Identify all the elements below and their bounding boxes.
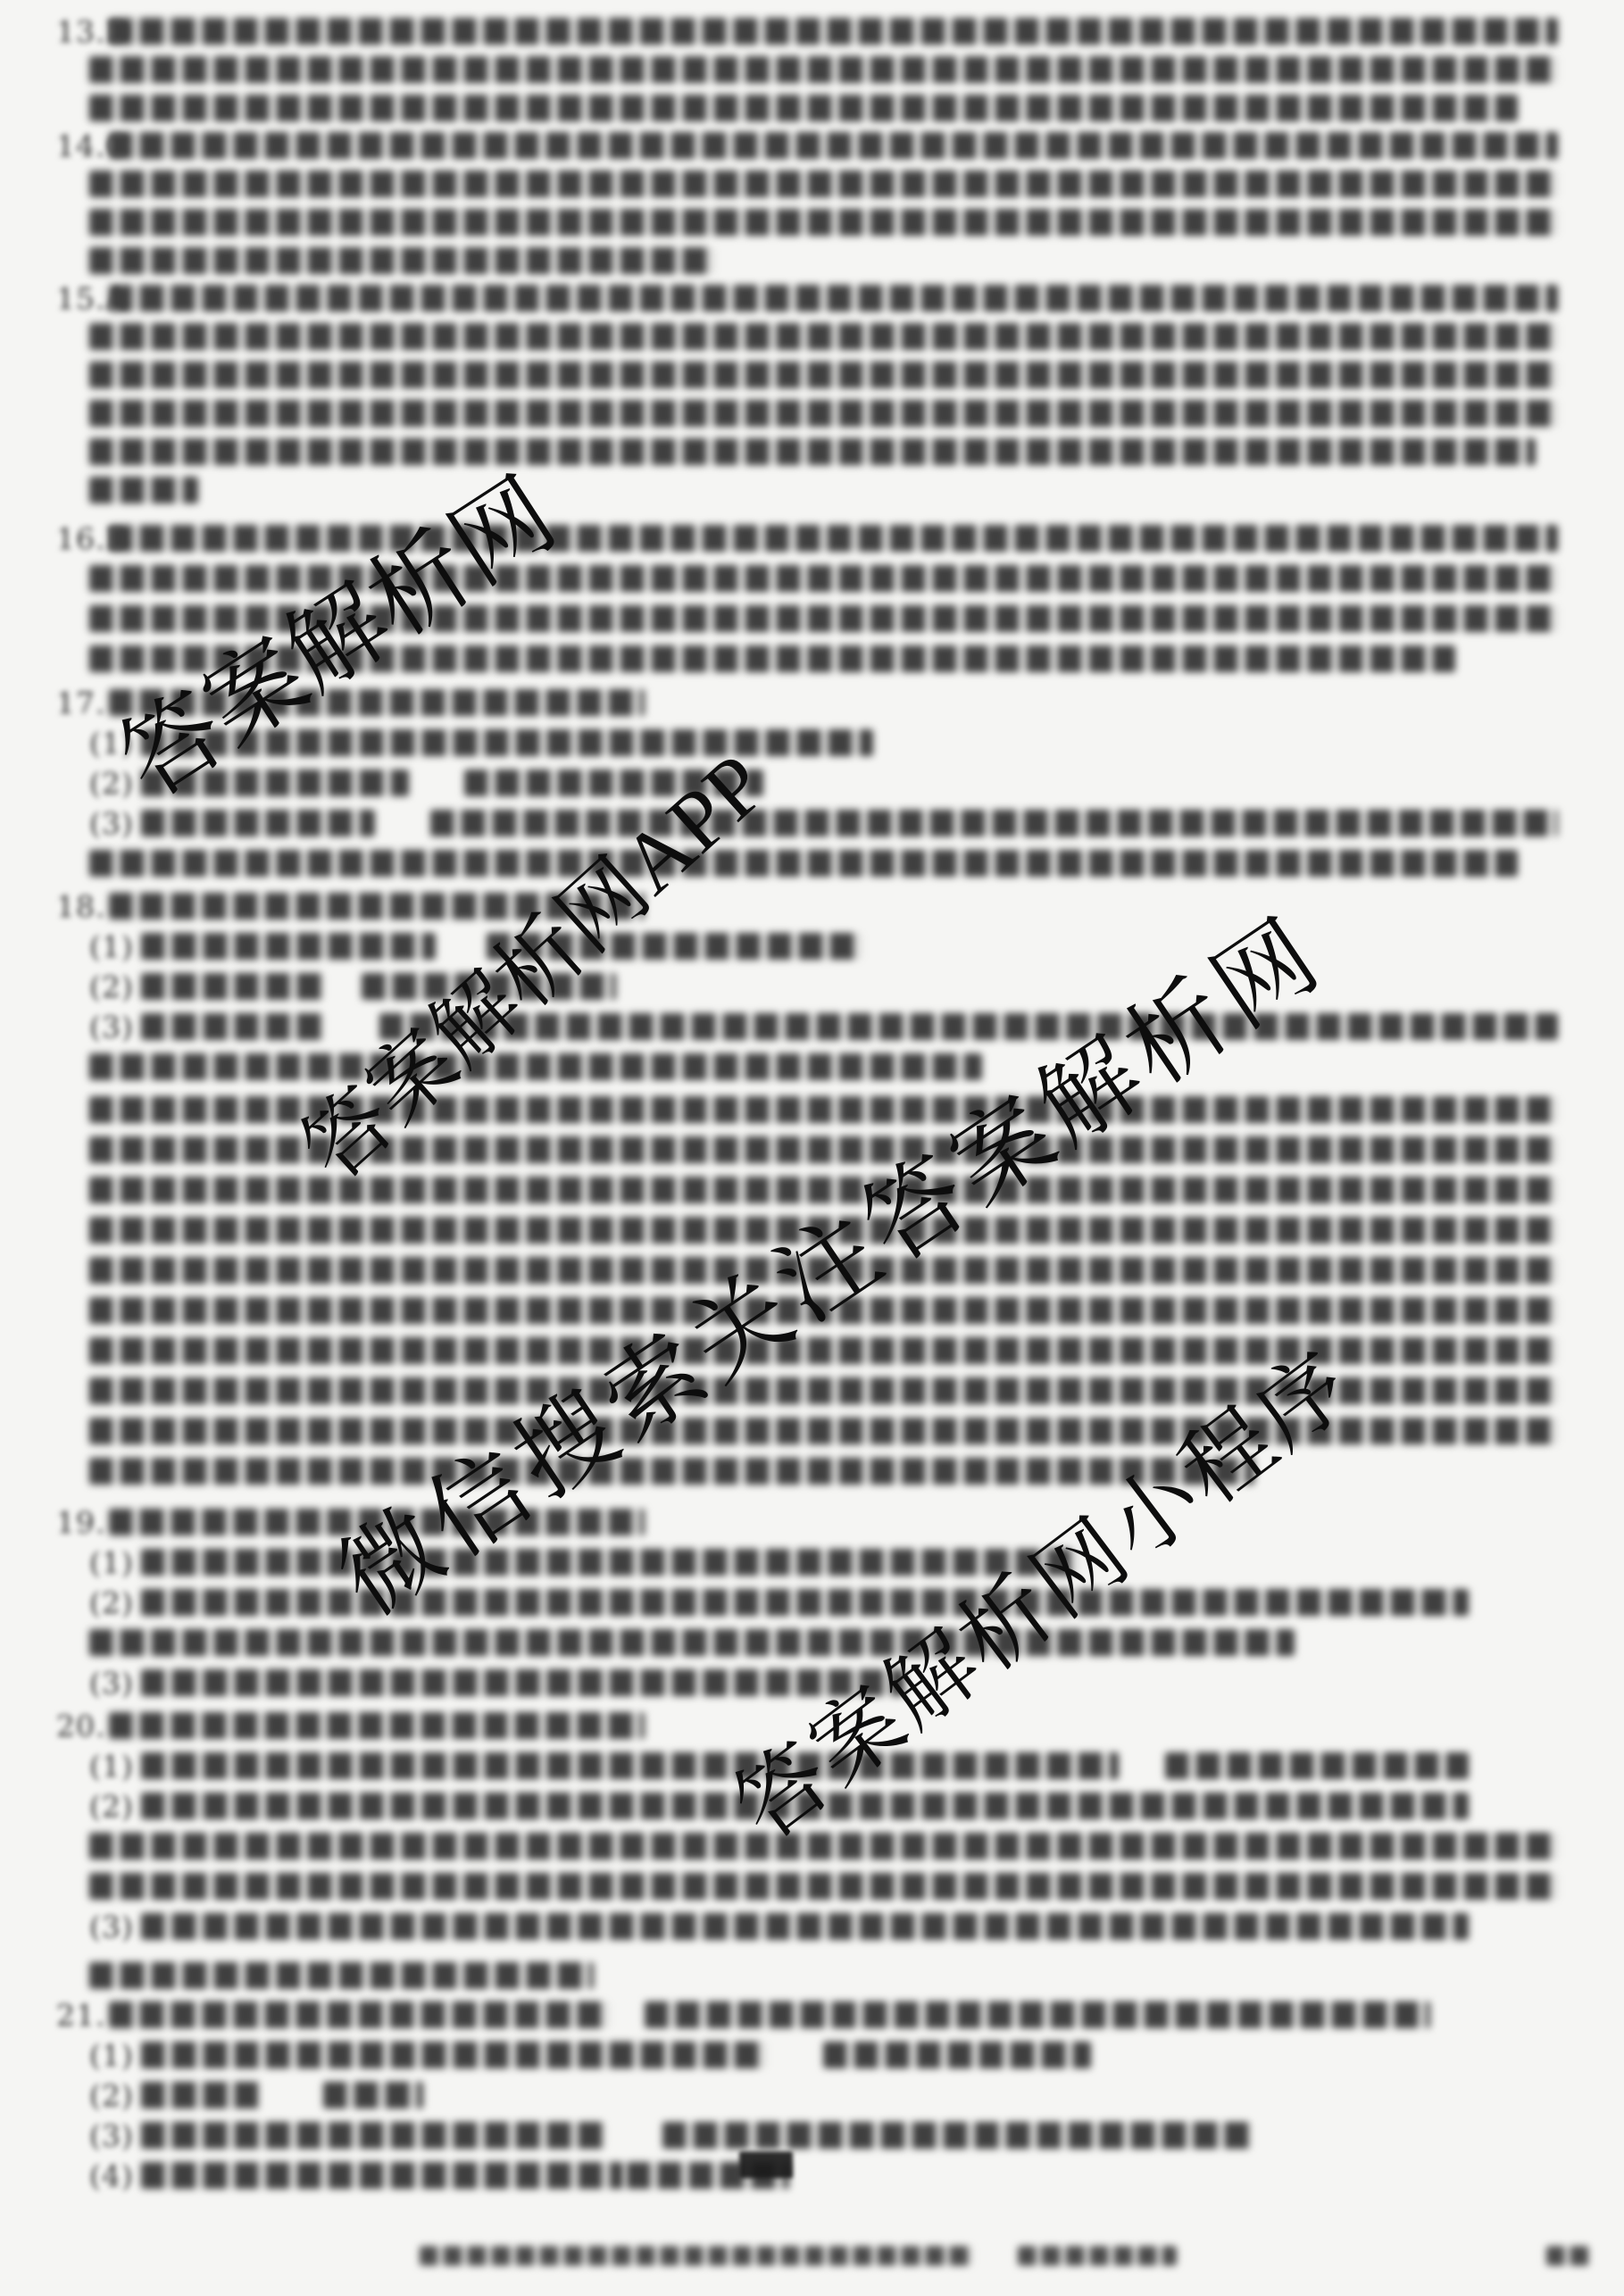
item-label: 19. [56, 1507, 105, 1539]
blurred-text-line [89, 400, 1558, 427]
blurred-text-line [89, 438, 1536, 465]
blurred-text-line [141, 973, 324, 1000]
blurred-text-line [823, 2042, 1091, 2068]
blurred-text-line [141, 2082, 259, 2109]
blurred-text-line [89, 477, 198, 503]
blurred-text-line [89, 850, 1518, 877]
item-label: (3) [89, 1668, 134, 1700]
blurred-text-line [89, 209, 1558, 236]
item-label: (2) [89, 1587, 134, 1619]
footer-blurred-text [1546, 2246, 1589, 2266]
footer-blurred-text [420, 2246, 973, 2266]
blurred-text-line [89, 565, 1558, 592]
item-label: (1) [89, 2040, 134, 2072]
blurred-text-line [141, 1589, 1469, 1616]
blurred-text-line [141, 2162, 623, 2189]
item-label: 17. [56, 687, 105, 720]
footer-blurred-text [1018, 2246, 1177, 2266]
blurred-text-line [141, 2042, 766, 2068]
document-page: 13.D14.C15.A16.B17.(1)(2)(3)18.(1)(2)(3)… [0, 0, 1624, 2296]
item-label: 21. [56, 2000, 105, 2032]
blurred-text-line [645, 2001, 1430, 2028]
blurred-text-line [89, 1337, 1558, 1364]
item-label: (1) [89, 1751, 134, 1783]
item-label: (1) [89, 931, 134, 963]
item-label: 18. [56, 891, 105, 923]
blurred-text-line [109, 2001, 609, 2028]
blurred-text-line [141, 1669, 904, 1696]
blurred-text-line [141, 810, 375, 836]
item-label: (3) [89, 1011, 134, 1044]
blurred-text-line [141, 2122, 605, 2149]
item-label: (2) [89, 971, 134, 1003]
blurred-text-line [141, 1752, 1119, 1779]
blurred-text-line [109, 18, 1558, 45]
blurred-text-line [89, 362, 1558, 388]
blurred-text-line [89, 56, 1558, 83]
blurred-text-line [89, 1177, 1558, 1203]
blurred-text-line [662, 2122, 1252, 2149]
blurred-text-line [323, 2082, 423, 2109]
blurred-text-line [89, 247, 714, 274]
blurred-text-line [89, 323, 1558, 350]
item-label: (2) [89, 2080, 134, 2112]
ink-blot [739, 2151, 793, 2178]
blurred-text-line [141, 1913, 1469, 1940]
blurred-text-line [89, 171, 1558, 197]
item-label: (3) [89, 2120, 134, 2152]
watermark-text-1: 答案解析网 [105, 463, 570, 813]
blurred-text-line [89, 1962, 594, 1989]
blurred-text-line [89, 1873, 1558, 1900]
blurred-text-line [89, 1833, 1558, 1859]
blurred-text-line [109, 132, 1558, 159]
blurred-text-line [430, 810, 1558, 836]
item-label: (2) [89, 768, 134, 800]
blurred-text-line [141, 933, 436, 960]
blurred-text-line [141, 1549, 1079, 1576]
item-label: (3) [89, 808, 134, 840]
blurred-text-line [89, 1629, 1295, 1656]
blurred-text-line [89, 95, 1518, 121]
blurred-text-line [141, 1013, 324, 1040]
blurred-text-line [379, 1013, 1558, 1040]
item-label: (2) [89, 1791, 134, 1823]
blurred-text-line [109, 525, 1558, 552]
blurred-text-line [89, 1053, 982, 1080]
blurred-text-line [109, 1712, 645, 1739]
blurred-text-line [109, 285, 1558, 312]
item-label: (4) [89, 2160, 134, 2192]
watermark-text-2: 答案解析网APP [288, 739, 781, 1194]
item-label: (1) [89, 1547, 134, 1579]
item-label: 20. [56, 1710, 105, 1743]
blurred-text-line [1165, 1752, 1469, 1779]
blurred-text-line [89, 1458, 1254, 1485]
item-label: (3) [89, 1911, 134, 1943]
